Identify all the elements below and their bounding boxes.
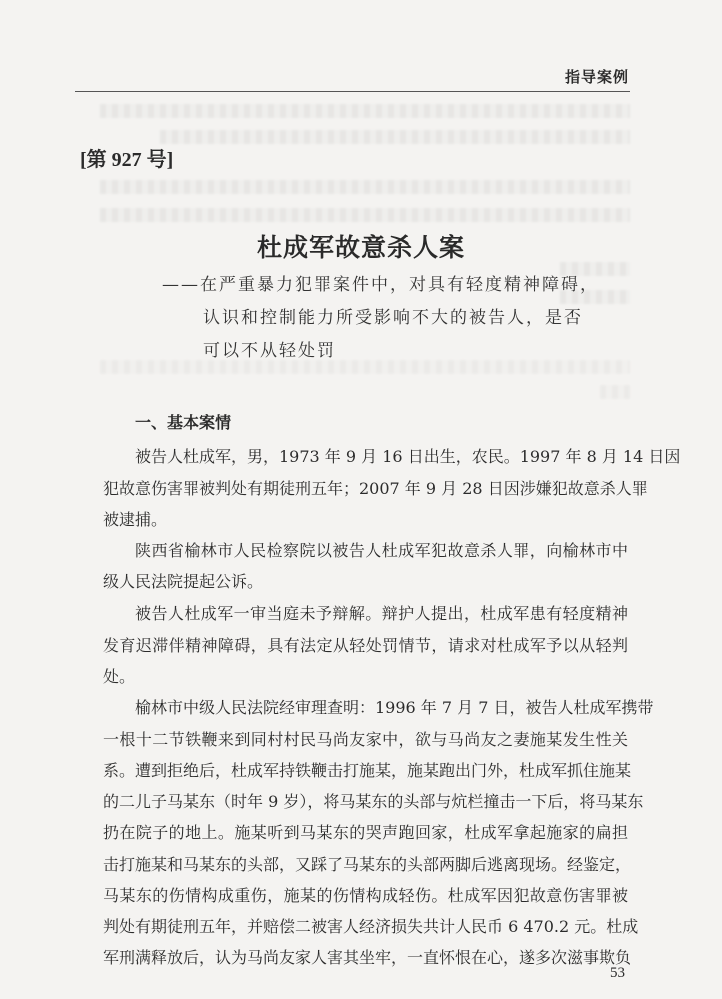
running-header-section-label: 指导案例 xyxy=(565,66,629,87)
show-through-text xyxy=(600,385,630,399)
body-line: 犯故意伤害罪被判处有期徒刑五年；2007 年 9 月 28 日因涉嫌犯故意杀人罪 xyxy=(103,479,628,499)
document-page: 指导案例 [第 927 号] 杜成军故意杀人案 ——在严重暴力犯罪案件中，对具有… xyxy=(0,0,722,999)
body-line: 被告人杜成军，男，1973 年 9 月 16 日出生，农民。1997 年 8 月… xyxy=(135,447,628,467)
show-through-text xyxy=(100,180,630,194)
case-subtitle-line-1: ——在严重暴力犯罪案件中，对具有轻度精神障碍， xyxy=(162,270,599,295)
header-rule xyxy=(75,91,630,92)
body-line: 级人民法院提起公诉。 xyxy=(103,572,628,592)
body-line: 榆林市中级人民法院经审理查明：1996 年 7 月 7 日，被告人杜成军携带 xyxy=(135,698,628,718)
body-line: 马某东的伤情构成重伤，施某的伤情构成轻伤。杜成军因犯故意伤害罪被 xyxy=(103,886,628,906)
page-number: 53 xyxy=(610,965,625,982)
body-line: 扔在院子的地上。施某听到马某东的哭声跑回家，杜成军拿起施家的扁担 xyxy=(103,823,628,843)
body-line: 判处有期徒刑五年，并赔偿二被害人经济损失共计人民币 6 470.2 元。杜成 xyxy=(103,917,628,937)
case-subtitle-line-3: 可以不从轻处罚 xyxy=(203,336,336,361)
show-through-text xyxy=(100,360,630,374)
body-line: 陕西省榆林市人民检察院以被告人杜成军犯故意杀人罪，向榆林市中 xyxy=(135,541,628,561)
body-line: 系。遭到拒绝后，杜成军持铁鞭击打施某，施某跑出门外，杜成军抓住施某 xyxy=(103,761,628,781)
body-line: 击打施某和马某东的头部，又踩了马某东的头部两脚后逃离现场。经鉴定， xyxy=(103,855,628,875)
show-through-text xyxy=(100,208,630,222)
show-through-text xyxy=(160,130,630,144)
body-line: 被逮捕。 xyxy=(103,510,628,530)
case-number: [第 927 号] xyxy=(80,143,173,172)
show-through-text xyxy=(100,104,630,118)
body-line: 的二儿子马某东（时年 9 岁），将马某东的头部与炕栏撞击一下后，将马某东 xyxy=(103,792,628,812)
body-line: 发育迟滞伴精神障碍，具有法定从轻处罚情节，请求对杜成军予以从轻判 xyxy=(103,636,628,656)
section-heading: 一、基本案情 xyxy=(135,410,231,433)
body-line: 军刑满释放后，认为马尚友家人害其坐牢，一直怀恨在心，遂多次滋事欺负 xyxy=(103,948,628,968)
body-line: 被告人杜成军一审当庭未予辩解。辩护人提出，杜成军患有轻度精神 xyxy=(135,604,628,624)
case-title: 杜成军故意杀人案 xyxy=(0,228,722,264)
body-line: 处。 xyxy=(103,667,628,687)
body-line: 一根十二节铁鞭来到同村村民马尚友家中，欲与马尚友之妻施某发生性关 xyxy=(103,730,628,750)
case-subtitle-line-2: 认识和控制能力所受影响不大的被告人，是否 xyxy=(203,303,583,328)
